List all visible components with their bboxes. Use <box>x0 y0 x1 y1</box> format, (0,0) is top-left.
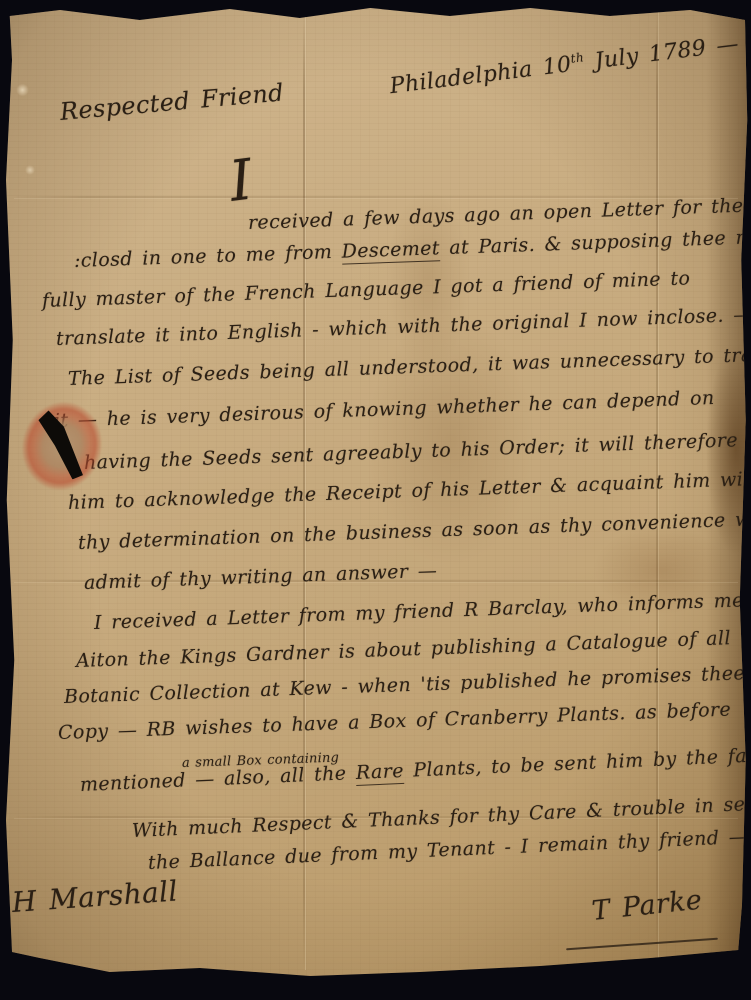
line-text: :closd in one to me from <box>74 241 342 272</box>
letter-line: Copy — RB wishes to have a Box of Cranbe… <box>58 699 732 744</box>
letter-line: translate it into English - which with t… <box>56 304 751 350</box>
dateline-rest: July 1789 — <box>583 32 740 76</box>
letter-line: thy determination on the business as soo… <box>78 508 751 554</box>
dateline-place: Philadelphia <box>388 57 533 99</box>
letter-line: having the Seeds sent agreeably to his O… <box>84 427 751 474</box>
letter-line: :closd in one to me from Descemet at Par… <box>74 226 751 272</box>
docket-addressee-name: H Marshall <box>11 874 179 919</box>
underlined-word-rare: Rare <box>355 760 404 786</box>
line-text: at Paris. & supposing thee not <box>439 226 751 259</box>
signature-flourish-underline <box>566 938 718 951</box>
line-text: Plants, to be sent him by the fall's Shi… <box>403 741 751 782</box>
underlined-word-descemet: Descemet <box>341 237 440 264</box>
signature: T Parke <box>590 885 703 927</box>
letter-line: mentioned — also, all the Rare Plants, t… <box>80 741 751 796</box>
line-text: mentioned — also, all the <box>80 762 357 796</box>
letter-line: him to acknowledge the Receipt of his Le… <box>68 468 751 514</box>
letter-line: I received a Letter from my friend R Bar… <box>94 589 744 634</box>
letter-line: it — he is very desirous of knowing whet… <box>54 387 715 432</box>
letter-paper-sheet: Philadelphia 10th July 1789 — Respected … <box>0 0 751 1000</box>
letter-line: fully master of the French Language I go… <box>42 267 691 312</box>
letter-line: received a few days ago an open Letter f… <box>248 193 751 234</box>
salutation: Respected Friend <box>59 78 285 125</box>
paragraph-initial: I <box>226 147 256 214</box>
dateline-day: 10 <box>541 52 573 80</box>
letter-line: The List of Seeds being all understood, … <box>68 342 751 390</box>
letter-line: admit of thy writing an answer — <box>84 560 438 594</box>
scanned-letter-page: { "colors": { "background": "#08080f", "… <box>0 0 751 1000</box>
dateline: Philadelphia 10th July 1789 — <box>388 31 740 99</box>
